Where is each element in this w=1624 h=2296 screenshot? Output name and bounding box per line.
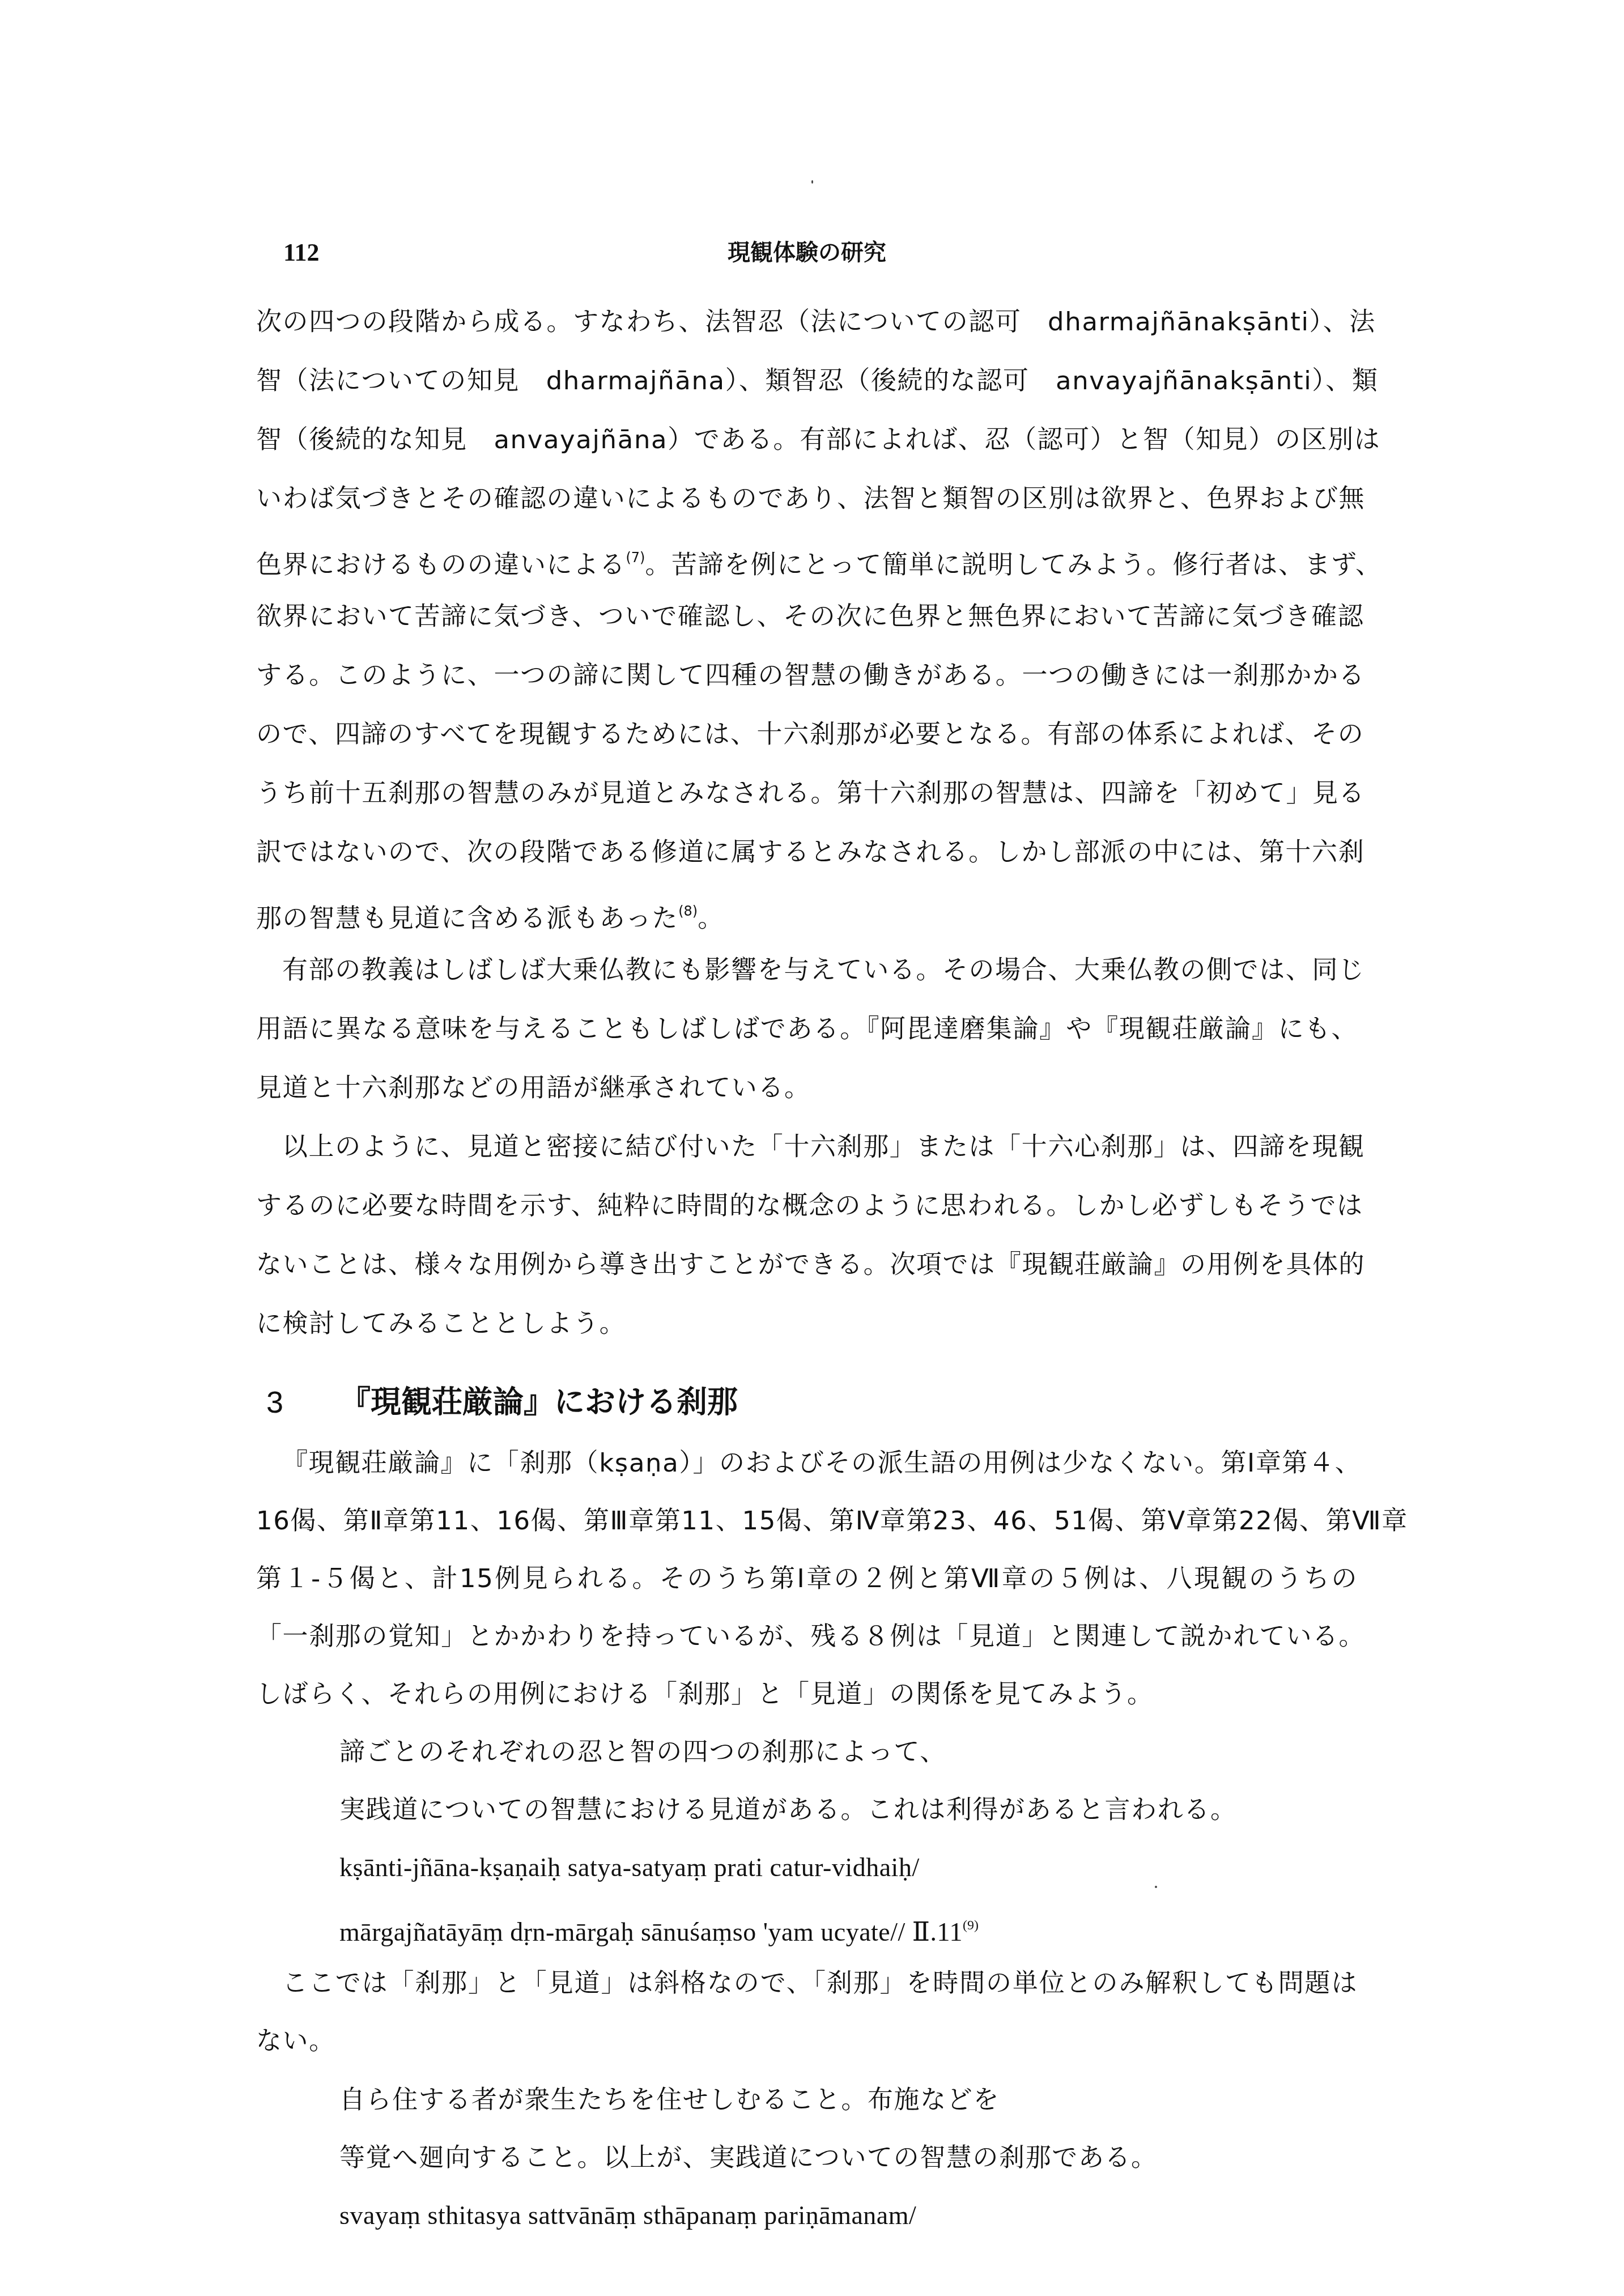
running-header: 112 現観体験の研究 <box>256 237 1358 269</box>
scan-speck <box>1155 1886 1157 1888</box>
text-fragment: 色界におけるものの違いによる <box>256 550 626 580</box>
footnote-ref-8[interactable]: (8) <box>678 903 698 919</box>
text-line: 那の智慧も見道に含める派もあった(8)。 <box>256 894 1358 928</box>
text-line: ので、四諦のすべてを現観するためには、十六刹那が必要となる。有部の体系によれば、… <box>256 717 1358 751</box>
text-line: 色界におけるものの違いによる(7)。苦諦を例にとって簡単に説明してみよう。修行者… <box>256 541 1358 575</box>
scan-speck <box>811 180 813 184</box>
text-line: ないことは、様々な用例から導き出すことができる。次項では『現観荘厳論』の用例を具… <box>256 1248 1358 1282</box>
text-line: 「一刹那の覚知」とかかわりを持っているが、残る８例は「見道」と関連して説かれてい… <box>256 1619 1358 1653</box>
footnote-ref-9[interactable]: (9) <box>963 1918 979 1933</box>
text-fragment: 。苦諦を例にとって簡単に説明してみよう。修行者は、まず、 <box>645 550 1381 580</box>
section-heading: 3『現観荘厳論』における刹那 <box>266 1383 738 1422</box>
sanskrit-line: kṣānti-jñāna-kṣaṇaiḥ satya-satyaṃ prati … <box>339 1851 1303 1885</box>
sanskrit-line: mārgajñatāyāṃ dṛn-mārgaḥ sānuśaṃso 'yam … <box>339 1908 1303 1942</box>
verse-translation-line: 自ら住する者が衆生たちを住せしむること。布施などを <box>339 2083 1303 2117</box>
book-page: 112 現観体験の研究 次の四つの段階から成る。すなわち、法智忍（法についての認… <box>0 0 1624 2296</box>
text-line: 智（法についての知見 dharmajñāna）、類智忍（後続的な認可 anvay… <box>256 364 1358 398</box>
text-line: 智（後続的な知見 anvayajñāna）である。有部によれば、忍（認可）と智（… <box>256 423 1358 457</box>
text-line: するのに必要な時間を示す、純粋に時間的な概念のように思われる。しかし必ずしもそう… <box>256 1189 1358 1223</box>
text-line: 用語に異なる意味を与えることもしばしばである。『阿毘達磨集論』や『現観荘厳論』に… <box>256 1012 1358 1046</box>
text-line: ない。 <box>256 2024 1358 2058</box>
text-line: 以上のように、見道と密接に結び付いた「十六刹那」または「十六心刹那」は、四諦を現… <box>256 1130 1358 1164</box>
text-line: いわば気づきとその確認の違いによるものであり、法智と類智の区別は欲界と、色界およ… <box>256 482 1358 516</box>
text-fragment: 那の智慧も見道に含める派もあった <box>256 903 678 933</box>
text-line: うち前十五刹那の智慧のみが見道とみなされる。第十六刹那の智慧は、四諦を「初めて」… <box>256 776 1358 810</box>
text-line: 次の四つの段階から成る。すなわち、法智忍（法についての認可 dharmajñān… <box>256 305 1358 339</box>
text-fragment: 。 <box>698 903 724 933</box>
section-number: 3 <box>266 1383 340 1422</box>
text-line: しばらく、それらの用例における「刹那」と「見道」の関係を見てみよう。 <box>256 1677 1358 1711</box>
text-line: 有部の教義はしばしば大乗仏教にも影響を与えている。その場合、大乗仏教の側では、同… <box>256 953 1358 987</box>
sanskrit-line: svayaṃ sthitasya sattvānāṃ sthāpanaṃ par… <box>339 2199 1303 2233</box>
verse-translation-line: 実践道についての智慧における見道がある。これは利得があると言われる。 <box>339 1793 1303 1827</box>
text-line: 欲界において苦諦に気づき、ついで確認し、その次に色界と無色界において苦諦に気づき… <box>256 599 1358 633</box>
verse-translation-line: 等覚へ廻向すること。以上が、実践道についての智慧の刹那である。 <box>339 2141 1303 2175</box>
text-fragment: mārgajñatāyāṃ dṛn-mārgaḥ sānuśaṃso 'yam … <box>339 1917 963 1946</box>
text-line: 第１-５偈と、計15例見られる。そのうち第Ⅰ章の２例と第Ⅶ章の５例は、八現観のう… <box>256 1562 1358 1596</box>
text-line: する。このように、一つの諦に関して四種の智慧の働きがある。一つの働きには一刹那か… <box>256 658 1358 692</box>
text-line: ここでは「刹那」と「見道」は斜格なので、「刹那」を時間の単位とのみ解釈しても問題… <box>256 1966 1358 2000</box>
text-line: 『現観荘厳論』に「刹那（kṣaṇa）」のおよびその派生語の用例は少なくない。第Ⅰ… <box>256 1446 1358 1480</box>
text-line: に検討してみることとしよう。 <box>256 1307 1358 1341</box>
footnote-ref-7[interactable]: (7) <box>626 550 645 566</box>
text-line: 訳ではないので、次の段階である修道に属するとみなされる。しかし部派の中には、第十… <box>256 835 1358 869</box>
text-line: 16偈、第Ⅱ章第11、16偈、第Ⅲ章第11、15偈、第Ⅳ章第23、46、51偈、… <box>256 1504 1358 1538</box>
running-title: 現観体験の研究 <box>256 237 1358 269</box>
text-line: 見道と十六刹那などの用語が継承されている。 <box>256 1071 1358 1105</box>
section-title: 『現観荘厳論』における刹那 <box>340 1384 738 1420</box>
verse-translation-line: 諦ごとのそれぞれの忍と智の四つの刹那によって、 <box>339 1735 1303 1769</box>
